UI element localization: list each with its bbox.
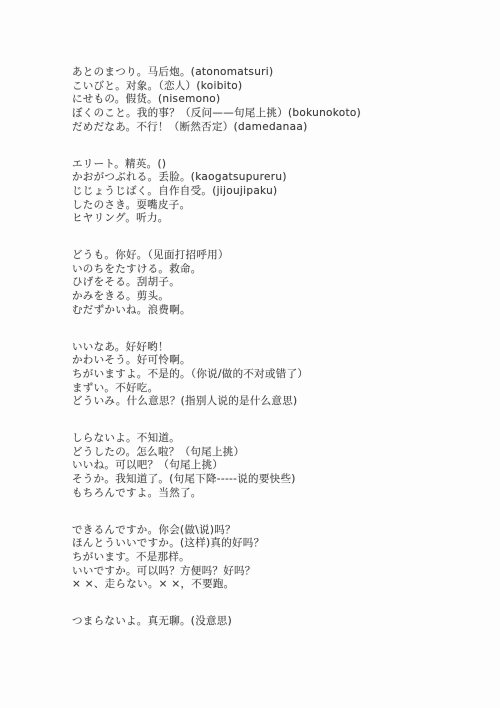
phrase-line: エリート。精英。() [72,158,480,172]
phrase-line: ほんとういいですか。(这样)真的好吗？ [72,537,480,551]
phrase-line: かみをきる。剪头。 [72,290,480,304]
phrase-block: どうも。你好。（见面打招呼用） いのちをたすける。救命。 ひげをそる。刮胡子。 … [72,249,480,318]
phrase-line: もちろんですよ。当然了。 [72,487,480,501]
phrase-line: かおがつぶれる。丢脸。(kaogatsupureru) [72,171,480,185]
phrase-line: こいびと。对象。（恋人）(koibito) [72,80,480,94]
phrase-line: まずい。不好吃。 [72,382,480,396]
phrase-line: じじょうじばく。自作自受。(jijoujipaku) [72,185,480,199]
phrase-line: いのちをたすける。救命。 [72,263,480,277]
phrase-line: どうも。你好。（见面打招呼用） [72,249,480,263]
phrase-line: そうか。我知道了。(句尾下降-----说的要快些) [72,473,480,487]
phrase-line: ヒヤリング。听力。 [72,212,480,226]
phrase-block: しらないよ。不知道。 どうしたの。怎么啦？（句尾上挑） いいね。可以吧？（句尾上… [72,432,480,501]
phrase-block: エリート。精英。() かおがつぶれる。丢脸。(kaogatsupureru) じ… [72,158,480,227]
phrase-line: どうしたの。怎么啦？（句尾上挑） [72,446,480,460]
phrase-block: できるんですか。你会(做\说)吗？ ほんとういいですか。(这样)真的好吗？ ちが… [72,524,480,593]
phrase-line: にせもの。假货。(nisemono) [72,93,480,107]
phrase-line: あとのまつり。马后炮。(atonomatsuri) [72,66,480,80]
document-page: あとのまつり。马后炮。(atonomatsuri) こいびと。对象。（恋人）(k… [0,0,500,708]
phrase-line: つまらないよ。真无聊。(没意思) [72,615,480,629]
phrase-line: しらないよ。不知道。 [72,432,480,446]
phrase-line: ひげをそる。刮胡子。 [72,276,480,290]
phrase-block: あとのまつり。马后炮。(atonomatsuri) こいびと。对象。（恋人）(k… [72,66,480,135]
phrase-line: したのさき。耍嘴皮子。 [72,199,480,213]
phrase-line: だめだなあ。不行！（断然否定）(damedanaa) [72,121,480,135]
phrase-line: どういみ。什么意思？(指别人说的是什么意思) [72,395,480,409]
phrase-line: いいね。可以吧？（句尾上挑） [72,459,480,473]
phrase-line: できるんですか。你会(做\说)吗？ [72,524,480,538]
phrase-line: × ×、走らない。× ×，不要跑。 [72,578,480,592]
phrase-block: いいなあ。好好哟！ かわいそう。好可怜啊。 ちがいますよ。不是的。（你说/做的不… [72,341,480,410]
phrase-line: ぼくのこと。我的事？（反问——句尾上挑）(bokunokoto) [72,107,480,121]
phrase-line: いいなあ。好好哟！ [72,341,480,355]
phrase-line: かわいそう。好可怜啊。 [72,354,480,368]
phrase-line: むだずかいね。浪费啊。 [72,304,480,318]
phrase-line: いいですか。可以吗？方便吗？好吗？ [72,565,480,579]
phrase-block: つまらないよ。真无聊。(没意思) [72,615,480,629]
phrase-line: ちがいます。不是那样。 [72,551,480,565]
phrase-line: ちがいますよ。不是的。（你说/做的不对或错了） [72,368,480,382]
